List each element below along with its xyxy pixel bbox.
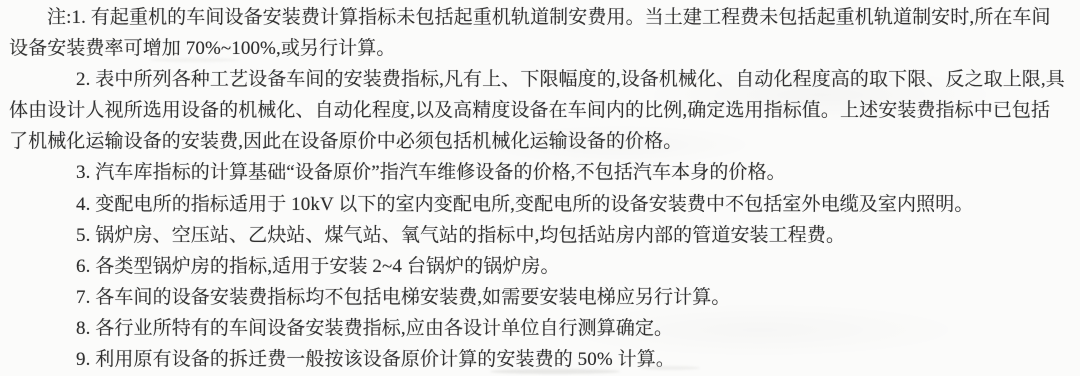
text-line-note7: 7. 各车间的设备安装费指标均不包括电梯安装费,如需要安装电梯应另行计算。 <box>0 282 1080 313</box>
scan-artifact <box>150 58 240 62</box>
text-line-note4: 4. 变配电所的指标适用于 10kV 以下的室内变配电所,变配电所的设备安装费中… <box>0 189 1080 220</box>
text-line-note8: 8. 各行业所特有的车间设备安装费指标,应由各设计单位自行测算确定。 <box>0 313 1080 344</box>
scanned-notes-page: 注:1. 有起重机的车间设备安装费计算指标未包括起重机轨道制安费用。当土建工程费… <box>0 0 1080 375</box>
text-line-note5: 5. 锅炉房、空压站、乙炔站、煤气站、氧气站的指标中,均包括站房内部的管道安装工… <box>0 220 1080 251</box>
text-line-note3: 3. 汽车库指标的计算基础“设备原价”指汽车维修设备的价格,不包括汽车本身的价格… <box>0 157 1080 188</box>
text-line-note6: 6. 各类型锅炉房的指标,适用于安装 2~4 台锅炉的锅炉房。 <box>0 251 1080 282</box>
scan-artifact <box>490 369 620 374</box>
text-line-note1-start: 注:1. 有起重机的车间设备安装费计算指标未包括起重机轨道制安费用。当土建工程费… <box>0 2 1080 33</box>
text-line-note2-cont: 体由设计人视所选用设备的机械化、自动化程度,以及高精度设备在车间内的比例,确定选… <box>0 95 1080 126</box>
scan-artifact <box>640 366 700 370</box>
text-line-note2-cont2: 了机械化运输设备的安装费,因此在设备原价中必须包括机械化运输设备的价格。 <box>0 126 1080 157</box>
text-line-note2-start: 2. 表中所列各种工艺设备车间的安装费指标,凡有上、下限幅度的,设备机械化、自动… <box>0 64 1080 95</box>
